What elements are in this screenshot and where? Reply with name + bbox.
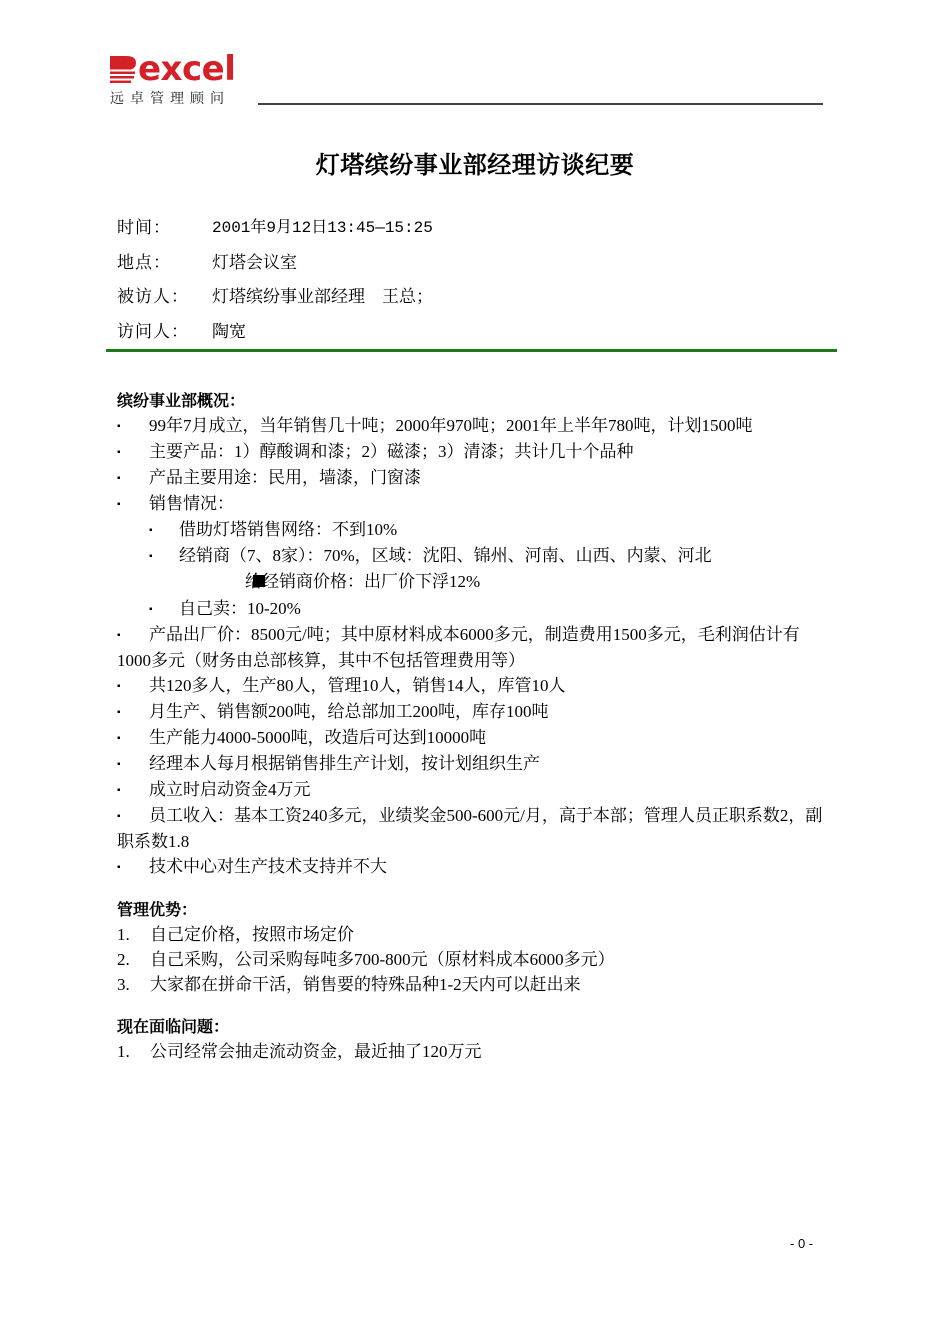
bullet-icon: ▪ [117,804,149,829]
page-number: - 0 - [790,1236,813,1251]
document-title: 灯塔缤纷事业部经理访谈纪要 [0,145,950,180]
list-item: ▪月生产、销售额200吨，给总部加工200吨，库存100吨 [117,699,827,725]
bullet-icon: ▪ [117,700,149,725]
list-item: ▪产品出厂价：8500元/吨；其中原材料成本6000多元，制造费用1500多元，… [117,622,827,673]
place-value: 灯塔会议室 [212,249,297,277]
bullet-icon: ▪ [117,466,149,491]
list-item-sub: ▪经销商（7、8家）：70%，区域：沈阳、锦州、河南、山西、内蒙、河北 [117,543,827,569]
bullet-icon: ▪ [117,855,149,880]
bullet-icon: ▪ [117,440,149,465]
logo-wordmark: excel [138,52,235,86]
list-item: ▪生产能力4000-5000吨，改造后可达到10000吨 [117,725,827,751]
time-label: 时间： [117,214,171,242]
list-item: ▪产品主要用途：民用，墙漆，门窗漆 [117,465,827,491]
bullet-icon: ▪ [149,518,179,543]
bullet-icon: ▪ [117,778,149,803]
logo-b-mark-icon [110,56,137,84]
list-item-subsub: 给经销商价格：出厂价下浮12% [117,569,827,596]
section-heading-problems: 现在面临问题： [117,1014,827,1039]
bullet-icon: ▪ [117,674,149,699]
interviewer-label: 访问人： [117,318,189,346]
section-heading-advantages: 管理优势： [117,897,827,922]
section-heading-overview: 缤纷事业部概况： [117,388,827,413]
bullet-icon: ▪ [117,726,149,751]
list-item: ▪共120多人，生产80人，管理10人，销售14人，库管10人 [117,673,827,699]
list-item: ▪技术中心对生产技术支持并不大 [117,854,827,880]
bullet-icon: ▪ [117,752,149,777]
numbered-item: 3.大家都在拼命干活，销售要的特殊品种1-2天内可以赶出来 [117,972,827,997]
list-item-sub: ▪自己卖：10-20% [117,596,827,622]
numbered-item: 2.自己采购，公司采购每吨多700-800元（原材料成本6000多元） [117,947,827,972]
logo-subtitle: 远卓管理顾问 [110,88,230,108]
list-item: ▪员工收入：基本工资240多元，业绩奖金500-600元/月，高于本部；管理人员… [117,803,827,854]
company-logo: excel 远卓管理顾问 [110,52,260,106]
meta-divider [106,349,837,352]
bullet-icon: ▪ [117,414,149,439]
list-item: ▪销售情况： [117,491,827,517]
time-value: 2001年9月12日13:45—15:25 [212,214,433,242]
bullet-icon: ▪ [149,544,179,569]
header-divider [258,103,823,105]
place-label: 地点： [117,249,171,277]
bullet-icon: ▪ [117,492,149,517]
bullet-icon: ▪ [149,597,179,622]
list-item-sub: ▪借助灯塔销售网络：不到10% [117,517,827,543]
interviewee-label: 被访人： [117,283,189,311]
bullet-icon: ▪ [117,623,149,648]
interviewee-value: 灯塔缤纷事业部经理 王总； [212,283,433,311]
list-item: ▪经理本人每月根据销售排生产计划，按计划组织生产 [117,751,827,777]
numbered-item: 1.自己定价格，按照市场定价 [117,922,827,947]
numbered-item: 1.公司经常会抽走流动资金，最近抽了120万元 [117,1039,827,1064]
document-body: 缤纷事业部概况： ▪99年7月成立，当年销售几十吨；2000年970吨；2001… [117,388,827,1064]
list-item: ▪主要产品：1）醇酸调和漆；2）磁漆；3）清漆；共计几十个品种 [117,439,827,465]
interviewer-value: 陶宽 [212,318,246,346]
square-bullet-icon [185,571,245,596]
document-page: excel 远卓管理顾问 灯塔缤纷事业部经理访谈纪要 时间： 2001年9月12… [0,0,950,1344]
list-item: ▪99年7月成立，当年销售几十吨；2000年970吨；2001年上半年780吨，… [117,413,827,439]
list-item: ▪成立时启动资金4万元 [117,777,827,803]
